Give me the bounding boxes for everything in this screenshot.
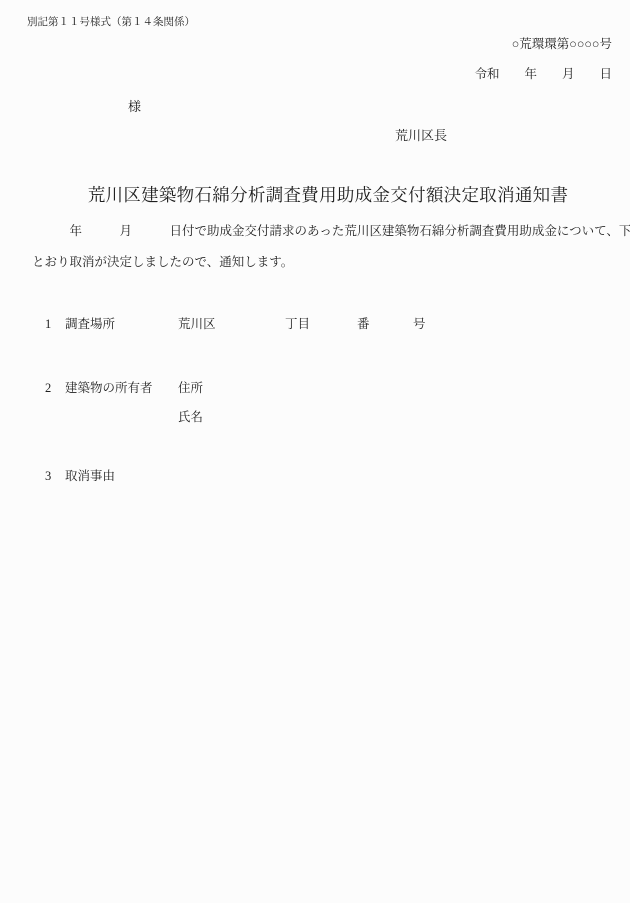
item-2-name-label: 氏名 [178,411,203,425]
item-2-address-label: 住所 [178,382,203,396]
item-1-ban-text: 番 [357,318,370,332]
item-1-number: 1 [45,318,51,332]
sender-title: 荒川区長 [395,129,447,144]
document-page: 別記第１１号様式（第１４条関係） ○荒環環第○○○○号 令和 年 月 日 様 荒… [0,0,630,903]
item-2-label: 建築物の所有者 [65,382,153,396]
item-3-label: 取消事由 [65,470,115,484]
item-1-chome-text: 丁目 [285,318,310,332]
item-2-number: 2 [45,382,51,396]
form-reference: 別記第１１号様式（第１４条関係） [27,17,195,29]
issue-date-line: 令和 年 月 日 [474,67,612,81]
addressee-honorific: 様 [128,100,141,115]
item-3-number: 3 [45,470,51,484]
body-text-line-1: 年 月 日付で助成金交付請求のあった荒川区建築物石綿分析調査費用助成金について、… [32,224,630,238]
document-number: ○荒環環第○○○○号 [512,37,612,51]
document-title: 荒川区建築物石綿分析調査費用助成金交付額決定取消通知書 [26,184,630,207]
item-1-ward-text: 荒川区 [178,318,216,332]
item-1-label: 調査場所 [65,318,115,332]
item-1-go-text: 号 [413,318,426,332]
body-text-line-2: とおり取消が決定しましたので、通知します。 [32,255,293,269]
